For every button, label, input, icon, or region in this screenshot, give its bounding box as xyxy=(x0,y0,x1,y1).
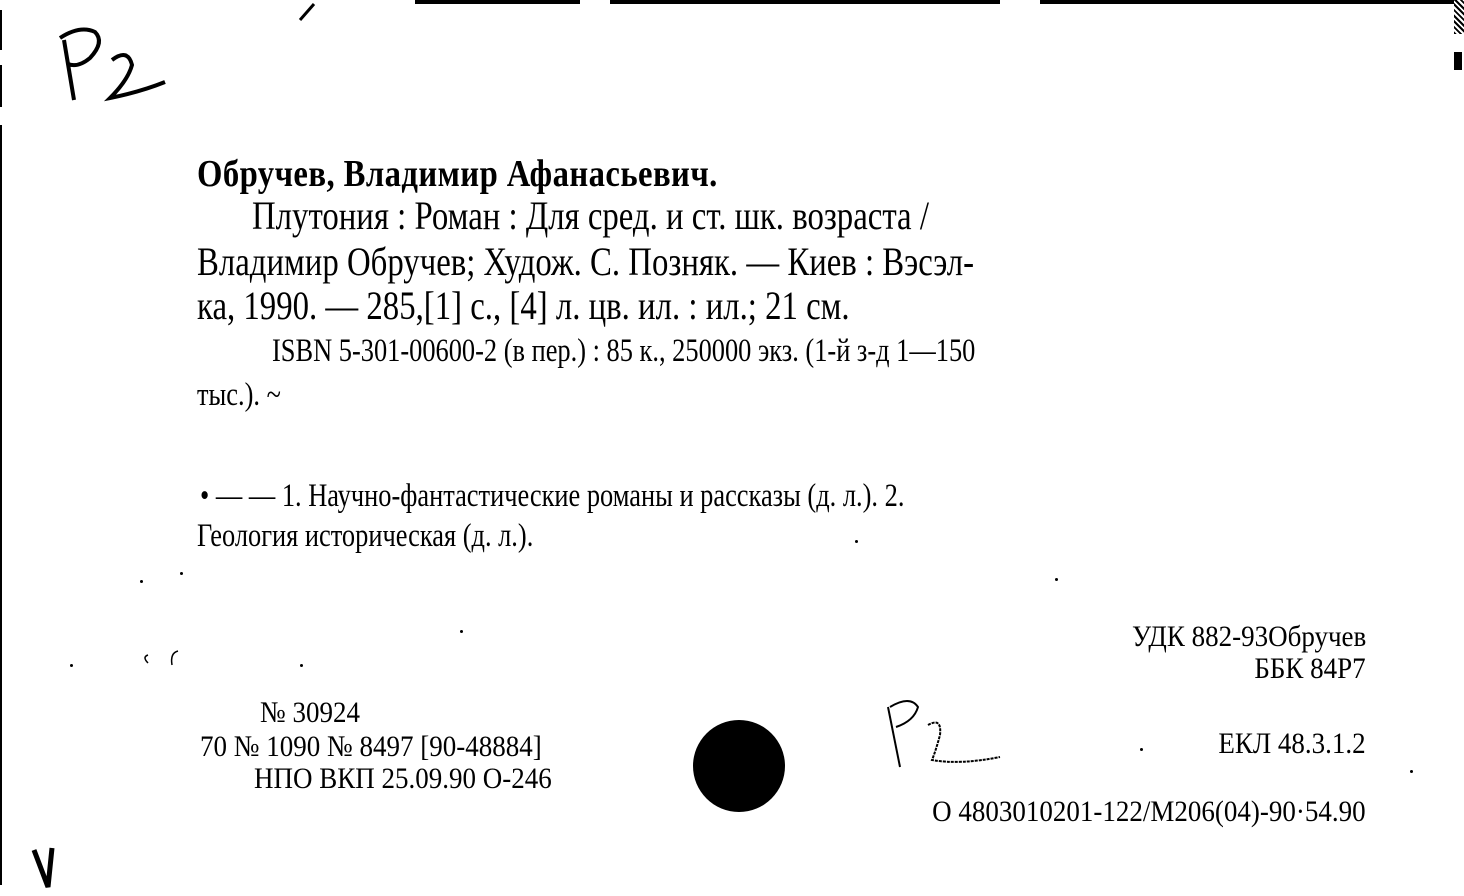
isbn-line: ISBN 5-301-00600-2 (в пер.) : 85 к., 250… xyxy=(272,333,1151,370)
description-line: Плутония : Роман : Для сред. и ст. шк. в… xyxy=(252,192,1078,239)
udk-code: УДК 882-93Обручев xyxy=(1106,620,1366,654)
print-house: НПО ВКП 25.09.90 О-246 xyxy=(254,762,585,796)
subject-tracing: Геология историческая (д. л.). xyxy=(197,518,617,555)
card-punch-hole xyxy=(693,720,785,812)
print-number: № 30924 xyxy=(260,696,371,730)
ekl-code: ЕКЛ 48.3.1.2 xyxy=(1202,727,1366,761)
scan-left-edge xyxy=(0,10,2,50)
scan-right-mark xyxy=(1454,52,1462,70)
publication-code: О 4803010201-122/М206(04)-90·54.90 xyxy=(884,795,1366,829)
handwritten-check-icon xyxy=(28,842,68,892)
bbk-code: ББК 84Р7 xyxy=(1242,652,1366,686)
scan-top-edge xyxy=(415,0,1464,4)
description-line: ка, 1990. — 285,[1] с., [4] л. цв. ил. :… xyxy=(197,282,993,329)
subject-tracing: • — — 1. Научно-фантастические романы и … xyxy=(200,478,1081,515)
scan-right-noise xyxy=(1454,0,1464,34)
isbn-line: тыс.). ~ xyxy=(197,377,302,414)
print-order: 70 № 1090 № 8497 [90-48884] xyxy=(200,730,580,764)
description-line: Владимир Обручев; Худож. С. Позняк. — Ки… xyxy=(197,238,1145,285)
handwritten-p2-top-icon xyxy=(50,20,180,110)
author-heading: Обручев, Владимир Афанасьевич. xyxy=(197,152,803,196)
handwritten-p2-middle-icon xyxy=(880,695,1010,775)
